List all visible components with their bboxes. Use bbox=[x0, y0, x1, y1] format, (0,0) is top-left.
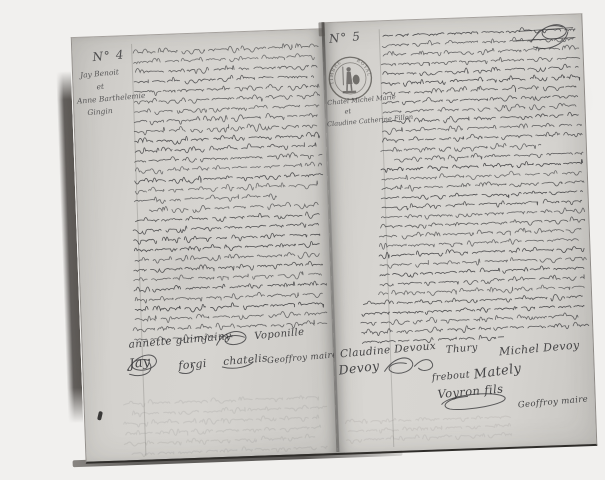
page-right: N° 5 TIMBRE ROYAL bbox=[322, 13, 597, 455]
scanned-register-spread: N° 4 Jay Benoit et Anne Barthelemie Ging… bbox=[0, 0, 605, 480]
register-book: N° 4 Jay Benoit et Anne Barthelemie Ging… bbox=[71, 19, 597, 461]
signature: Jay bbox=[128, 354, 151, 372]
handwriting-left bbox=[72, 29, 339, 462]
signature: forgi bbox=[178, 357, 208, 372]
fold-notch bbox=[318, 22, 324, 36]
page-left: N° 4 Jay Benoit et Anne Barthelemie Ging… bbox=[71, 28, 338, 464]
